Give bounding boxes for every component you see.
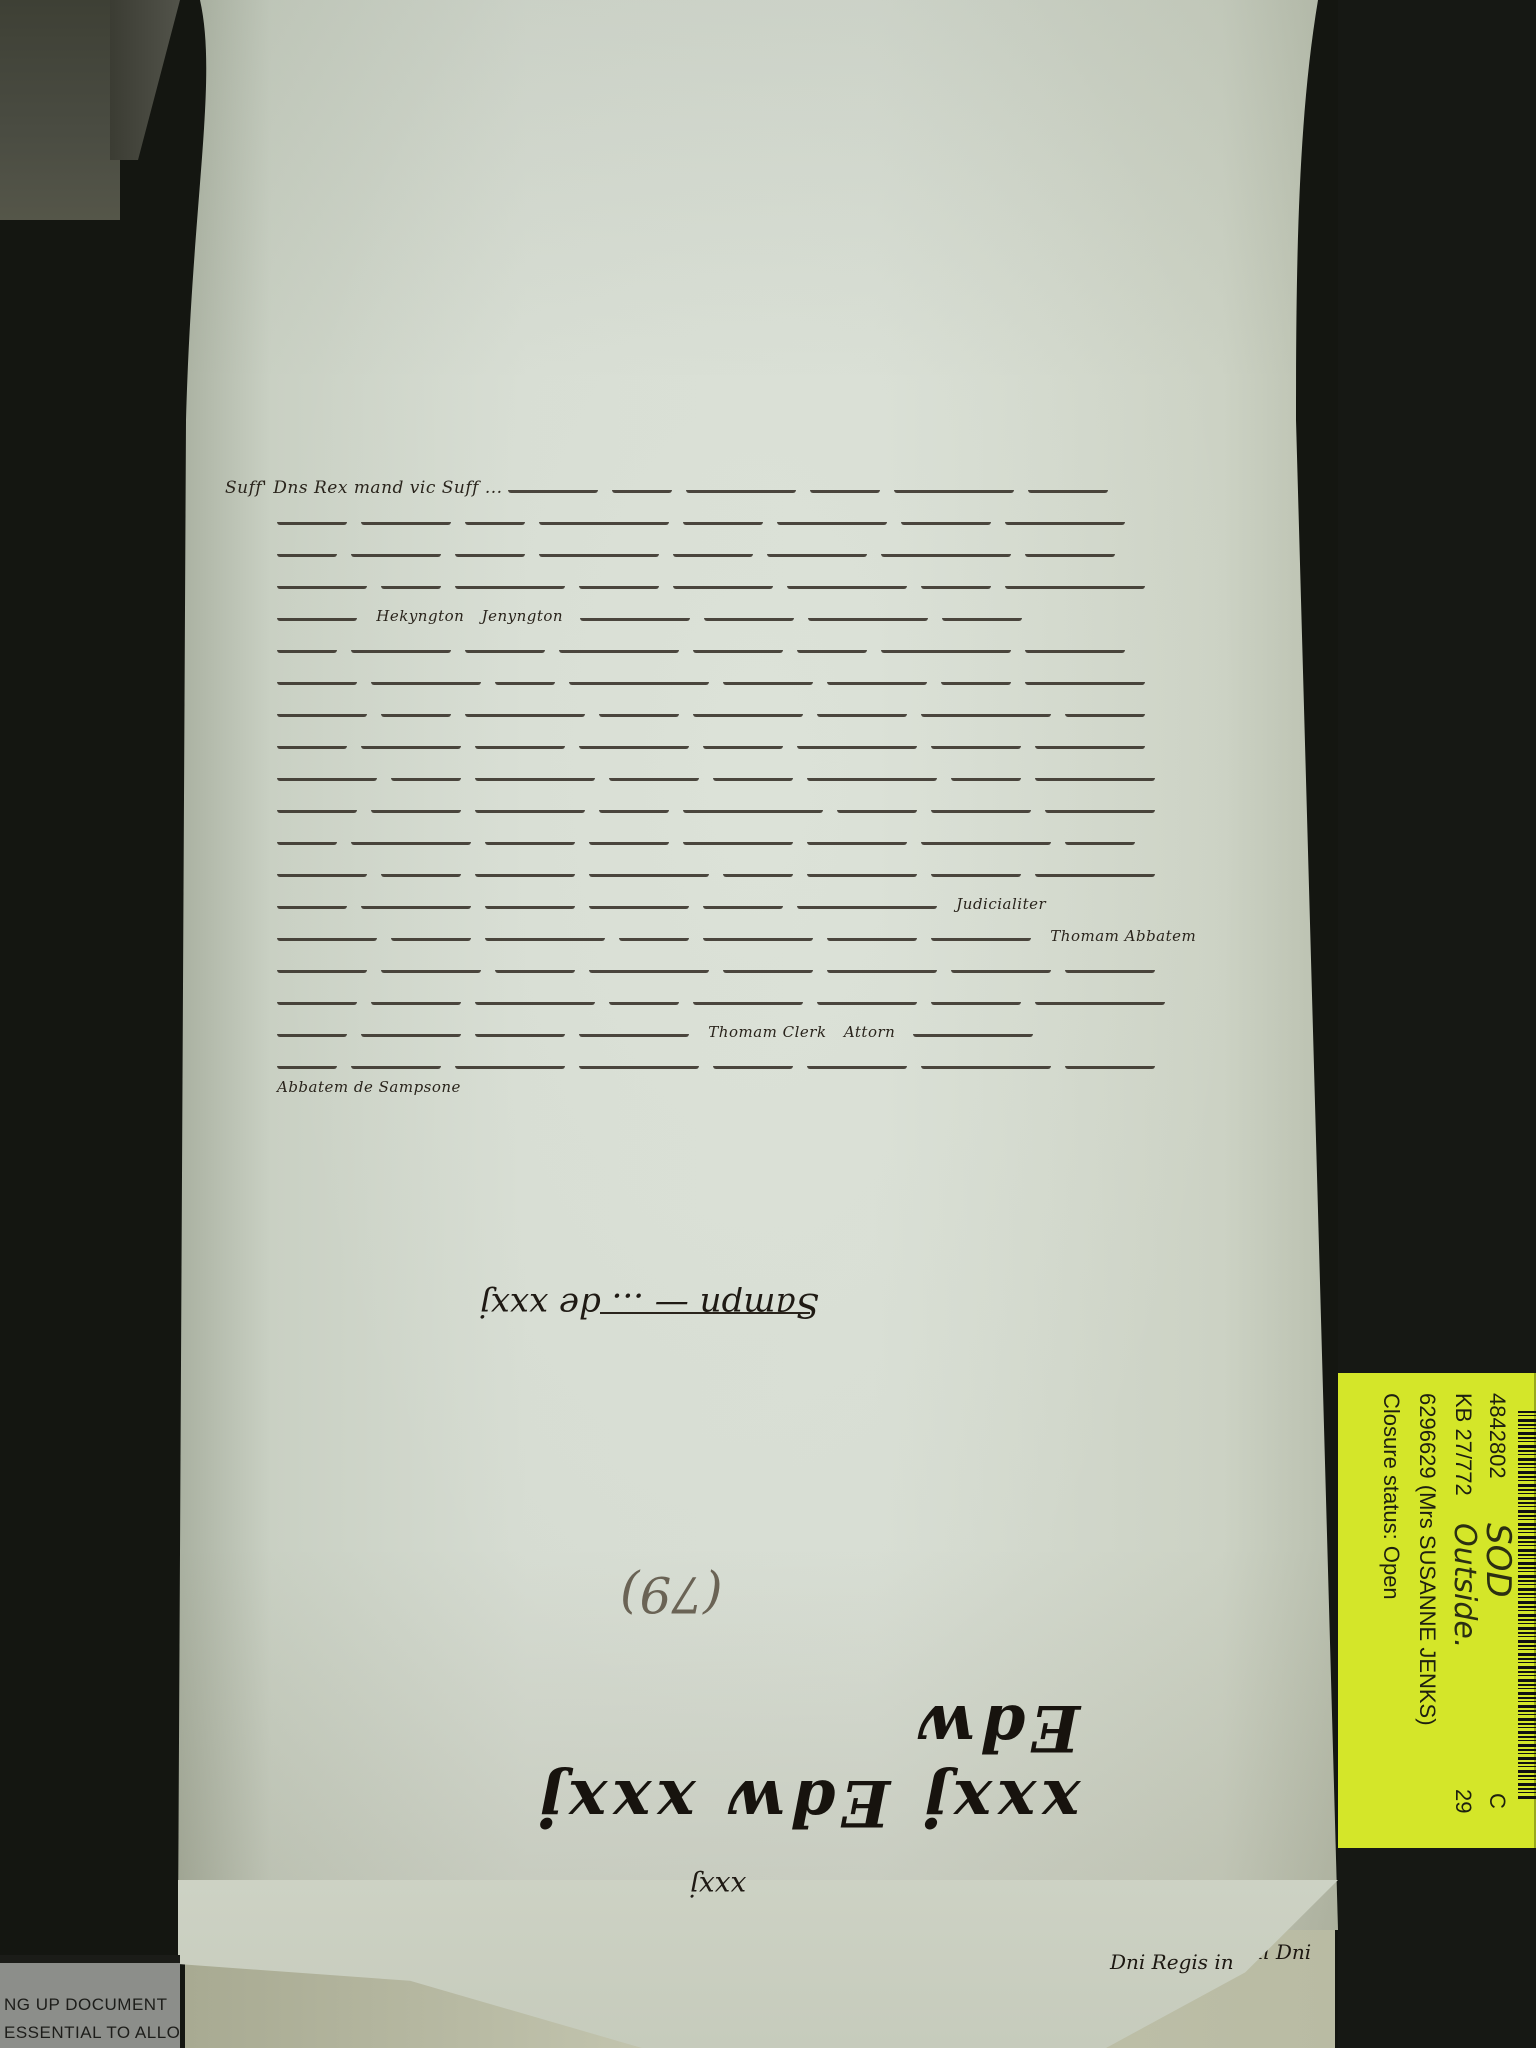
fragment-judicialiter: Judicialiter — [956, 895, 1046, 913]
barcode-number: 4842802 — [1484, 1393, 1510, 1479]
text-line-20: Abbatem de Sampsone — [225, 1078, 1325, 1108]
text-line-8 — [225, 694, 1325, 724]
text-line-17 — [225, 982, 1325, 1012]
fragment-thomam: Thomam Abbatem — [1050, 927, 1196, 945]
text-line-5: Hekyngton Jenyngton — [225, 598, 1325, 628]
text-line-14: Judicialiter — [225, 886, 1325, 916]
under-sheet-text-3: Dni Regis in — [1110, 1950, 1234, 1974]
code-letter: C — [1484, 1793, 1510, 1809]
document-reference: KB 27/772 — [1450, 1393, 1476, 1496]
opening-words: Suff' Dns Rex mand vic Suff ... — [225, 478, 503, 498]
text-line-18: Thomam Clerk Attorn — [225, 1014, 1325, 1044]
requester: 6296629 (Mrs SUSANNE JENKS) — [1414, 1393, 1440, 1726]
grey-support-board — [0, 0, 120, 220]
main-handwritten-text: Suff' Dns Rex mand vic Suff ... Hekyngto… — [225, 470, 1325, 1120]
folio-number: (79) — [620, 1565, 723, 1623]
text-line-19 — [225, 1046, 1325, 1076]
text-line-13 — [225, 854, 1325, 884]
text-line-2 — [225, 502, 1325, 532]
handwritten-note-sod: SOD — [1478, 1523, 1518, 1598]
sign-line-2: ESSENTIAL TO ALLO — [4, 2023, 180, 2043]
regnal-year-small: xxxj — [690, 1870, 746, 1903]
text-line-11 — [225, 790, 1325, 820]
handling-notice-sign: NG UP DOCUMENT ESSENTIAL TO ALLO — [0, 1955, 180, 2048]
fragment-thomam-clerk: Thomam Clerk — [708, 1023, 826, 1041]
regnal-year-inscription: xxxj Edw xxxj Edw — [440, 1690, 1080, 1800]
text-line-1: Suff' Dns Rex mand vic Suff ... — [225, 470, 1325, 500]
handwritten-note-outside: Outside. — [1447, 1523, 1482, 1648]
fragment-jenyngton: Jenyngton — [482, 607, 564, 625]
fragment-abbatem-de-sampsone: Abbatem de Sampsone — [277, 1078, 461, 1096]
fragment-attorn: Attorn — [844, 1023, 896, 1041]
text-line-7 — [225, 662, 1325, 692]
board-fold — [110, 0, 180, 160]
text-line-16 — [225, 950, 1325, 980]
text-line-6 — [225, 630, 1325, 660]
fragment-hekyngton: Hekyngton — [376, 607, 464, 625]
text-line-15: Thomam Abbatem — [225, 918, 1325, 948]
text-line-10 — [225, 758, 1325, 788]
text-line-3 — [225, 534, 1325, 564]
text-line-9 — [225, 726, 1325, 756]
barcode — [1518, 1411, 1536, 1801]
sign-line-1: NG UP DOCUMENT — [4, 1995, 167, 2015]
code-number: 29 — [1450, 1789, 1476, 1813]
text-line-4 — [225, 566, 1325, 596]
endorsement-text: Sampn — ... de xxxj — [480, 1285, 819, 1325]
archive-label: 4842802 C KB 27/772 29 6296629 (Mrs SUSA… — [1338, 1373, 1536, 1848]
text-line-12 — [225, 822, 1325, 852]
closure-status: Closure status: Open — [1378, 1393, 1404, 1600]
endorsement-rule — [600, 1312, 810, 1314]
